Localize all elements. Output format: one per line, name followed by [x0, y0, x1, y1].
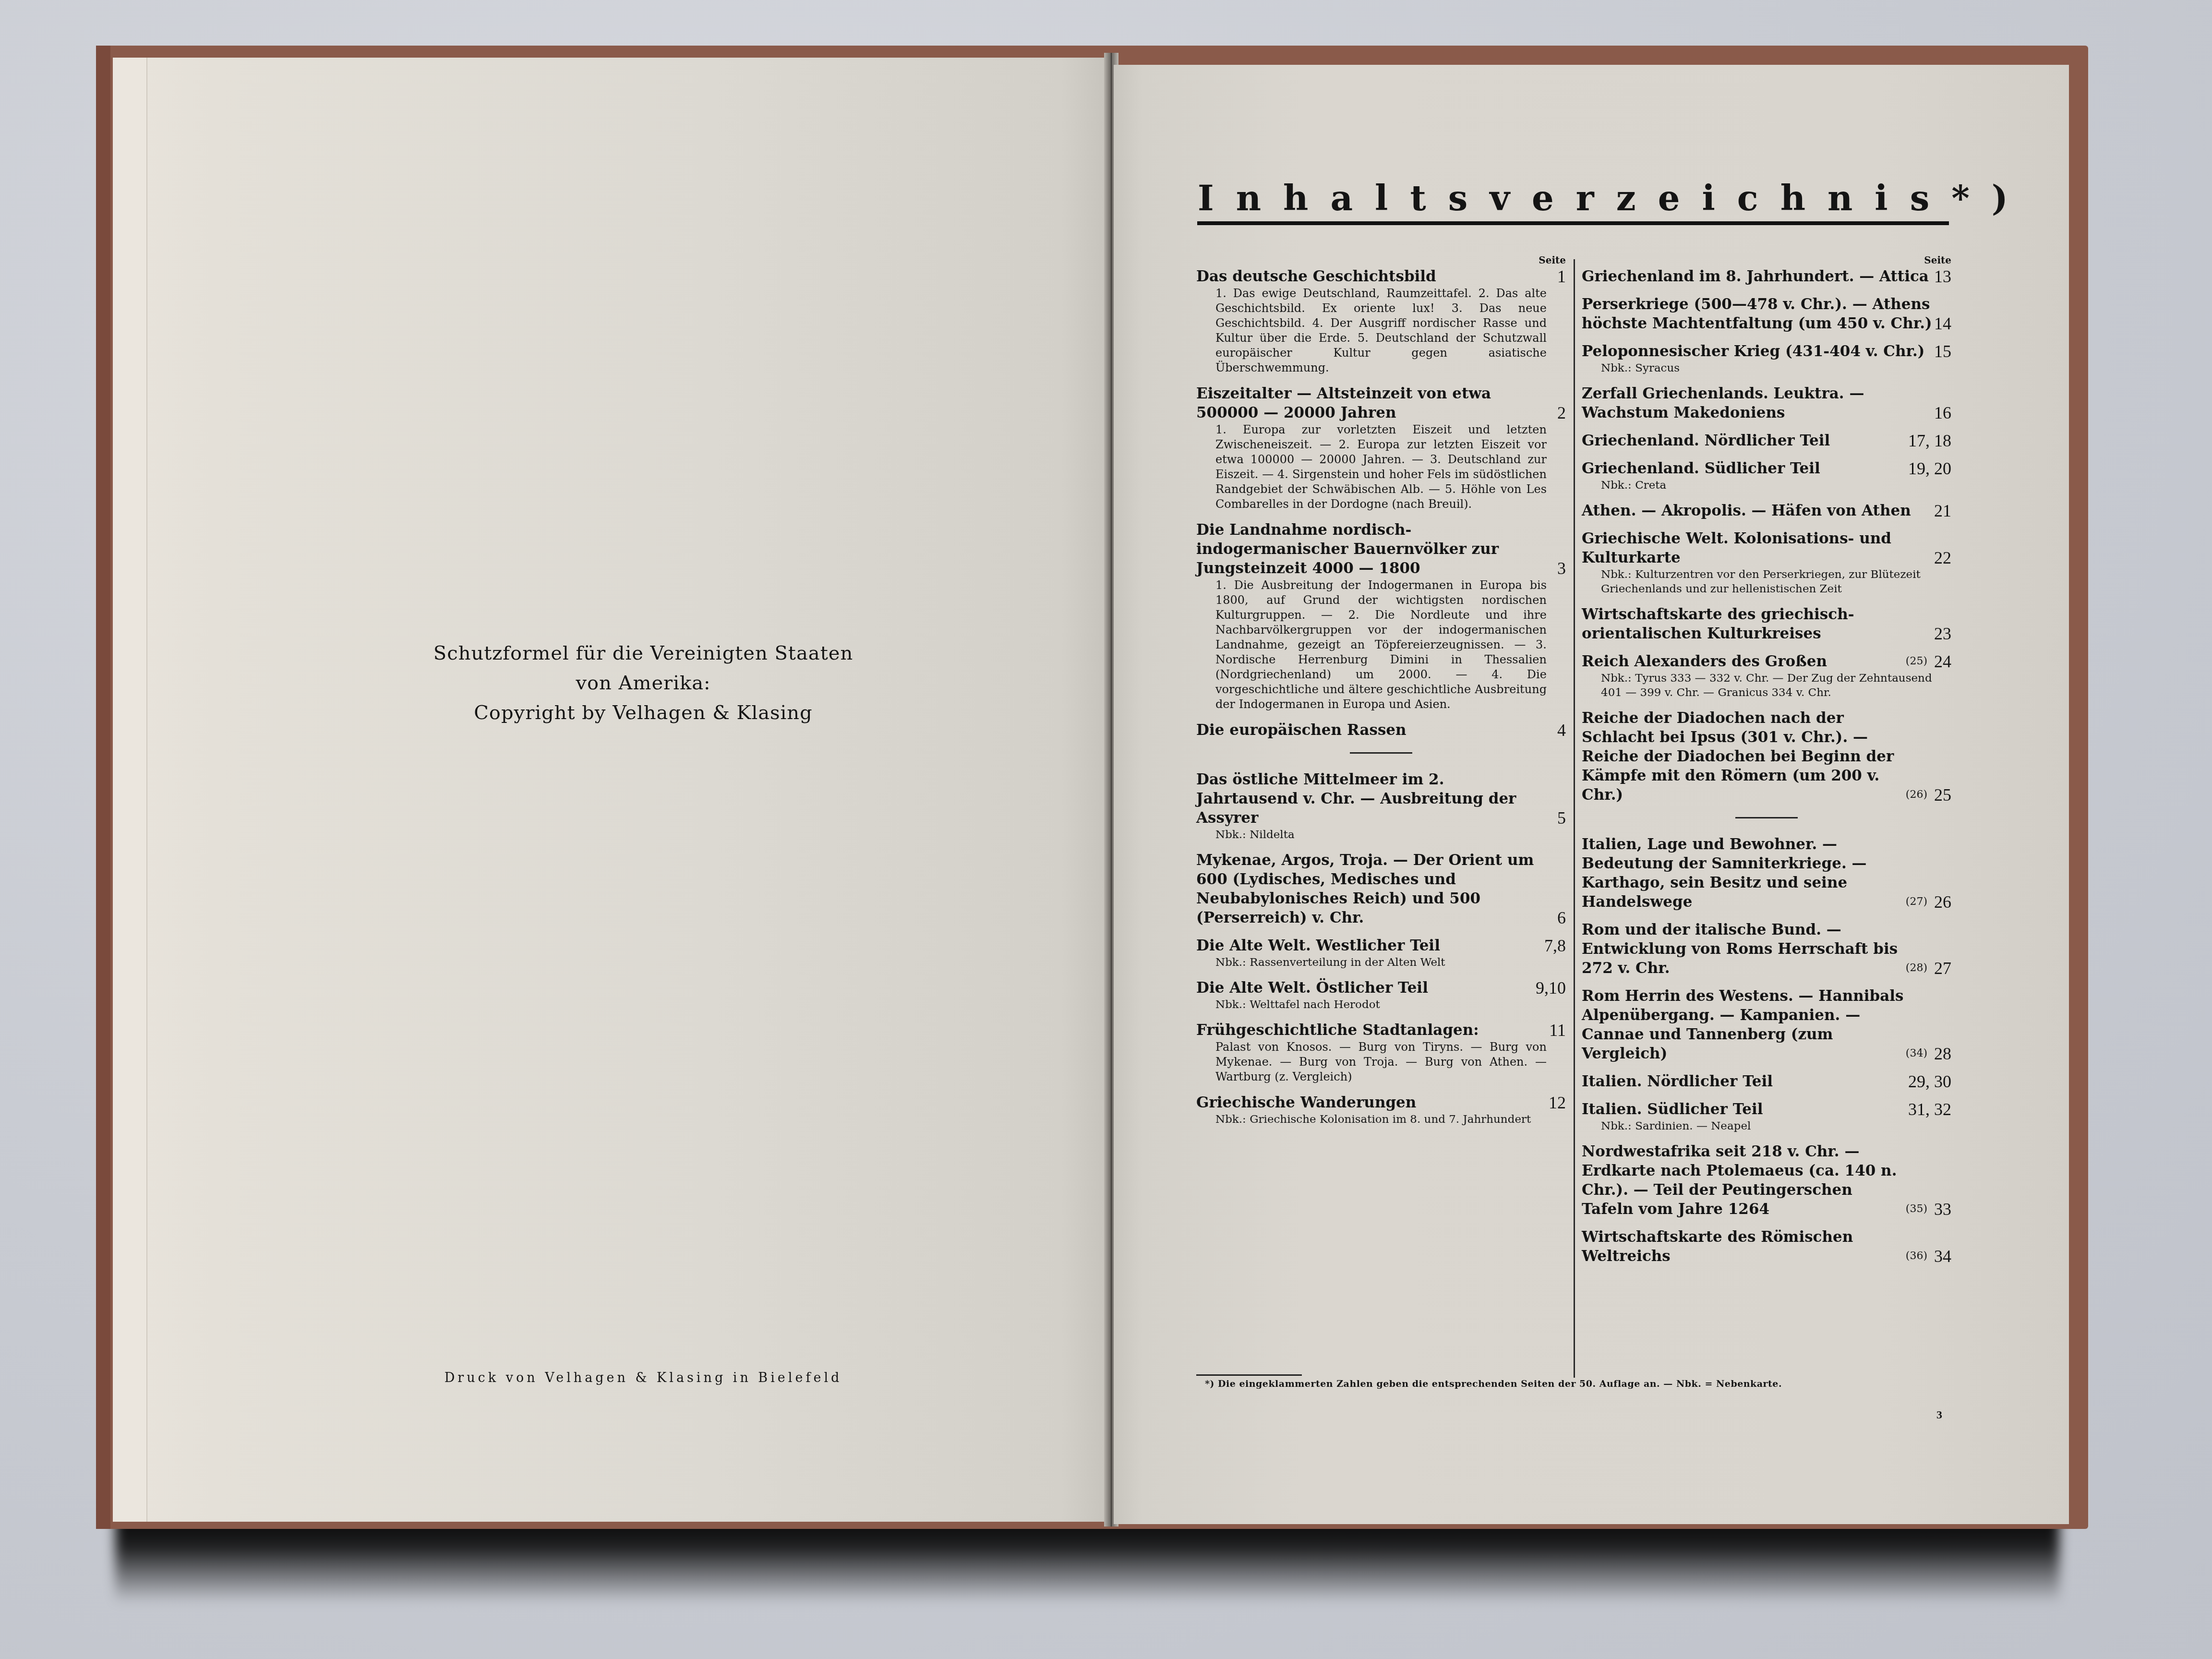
- toc-entry-title: Rom Herrin des Westens. — Hannibals Alpe…: [1582, 986, 1906, 1063]
- toc-entry-heading: Italien, Lage und Bewohner. — Bedeutung …: [1582, 835, 1951, 912]
- toc-entry-title: Italien. Nördlicher Teil: [1582, 1072, 1908, 1091]
- toc-entry: Griechenland. Südlicher Teil19, 20Nbk.: …: [1582, 459, 1951, 493]
- toc-entry-heading: Griechenland. Nördlicher Teil17, 18: [1582, 431, 1951, 450]
- flyleaf-strip: [113, 58, 147, 1522]
- toc-entry-inset-map: Nbk.: Creta: [1582, 478, 1951, 493]
- toc-entry-title: Frühgeschichtliche Stadtanlagen:: [1196, 1021, 1547, 1040]
- toc-entry: Eiszeitalter — Altsteinzeit von etwa 500…: [1196, 384, 1566, 512]
- toc-entry-heading: Athen. — Akropolis. — Häfen von Athen21: [1582, 501, 1951, 520]
- toc-entry: Das deutsche Geschichtsbild11. Das ewige…: [1196, 267, 1566, 375]
- cover-edge: [96, 46, 110, 1529]
- printer-imprint: Druck von Velhagen & Klasing in Bielefel…: [418, 1370, 869, 1385]
- toc-entry-inset-map: Nbk.: Sardinien. — Neapel: [1582, 1119, 1951, 1133]
- toc-entry-title: Die europäischen Rassen: [1196, 721, 1547, 740]
- toc-entry: Athen. — Akropolis. — Häfen von Athen21: [1582, 501, 1951, 520]
- toc-entry: Italien. Südlicher Teil31, 32Nbk.: Sardi…: [1582, 1100, 1951, 1133]
- toc-entry-page: 12: [1547, 1093, 1566, 1112]
- toc-column-right: Seite Griechenland im 8. Jahrhundert. — …: [1582, 254, 1951, 1274]
- toc-entry-page: 3: [1547, 559, 1566, 578]
- footnote-rule: [1196, 1374, 1302, 1376]
- toc-entry-subtopics: 1. Europa zur vorletzten Eiszeit und let…: [1196, 422, 1566, 512]
- column-divider: [1574, 259, 1575, 1378]
- toc-entry-title: Die Alte Welt. Östlicher Teil: [1196, 978, 1536, 998]
- toc-entry-heading: Italien. Südlicher Teil31, 32: [1582, 1100, 1951, 1119]
- toc-entry-inset-map: Nbk.: Kulturzentren vor den Perserkriege…: [1582, 567, 1951, 596]
- page-number: 3: [1936, 1409, 1942, 1422]
- section-separator: [1735, 817, 1798, 818]
- toc-entry-title: Eiszeitalter — Altsteinzeit von etwa 500…: [1196, 384, 1547, 422]
- toc-entry-old-page: (26): [1906, 785, 1927, 805]
- toc-entry-title: Griechische Welt. Kolonisations- und Kul…: [1582, 529, 1932, 567]
- toc-entry-heading: Eiszeitalter — Altsteinzeit von etwa 500…: [1196, 384, 1566, 422]
- toc-entry-heading: Peloponnesischer Krieg (431-404 v. Chr.)…: [1582, 342, 1951, 361]
- left-page: [113, 58, 1111, 1522]
- toc-entry: Die Alte Welt. Westlicher Teil7,8Nbk.: R…: [1196, 936, 1566, 970]
- toc-entry-heading: Wirtschaftskarte des Römischen Weltreich…: [1582, 1227, 1951, 1266]
- toc-entry-title: Nordwestafrika seit 218 v. Chr. — Erdkar…: [1582, 1142, 1906, 1219]
- toc-entry-old-page: (25): [1906, 652, 1927, 671]
- toc-entry-title: Perserkriege (500—478 v. Chr.). — Athens…: [1582, 295, 1932, 333]
- toc-entry-heading: Reiche der Diadochen nach der Schlacht b…: [1582, 709, 1951, 805]
- toc-entry-page: 9,10: [1536, 978, 1566, 998]
- toc-entry-page: 34: [1932, 1247, 1951, 1266]
- toc-entry: Reich Alexanders des Großen(25)24Nbk.: T…: [1582, 652, 1951, 700]
- toc-entry-title: Athen. — Akropolis. — Häfen von Athen: [1582, 501, 1932, 520]
- toc-entry-page: 23: [1932, 624, 1951, 643]
- toc-entry-page: 25: [1932, 785, 1951, 805]
- toc-entry-page: 21: [1932, 501, 1951, 520]
- toc-entry-page: 33: [1932, 1200, 1951, 1219]
- toc-entry-title: Das östliche Mittelmeer im 2. Jahrtausen…: [1196, 770, 1547, 828]
- toc-entry-page: 11: [1547, 1021, 1566, 1040]
- toc-entry: Italien. Nördlicher Teil29, 30: [1582, 1072, 1951, 1091]
- toc-entry: Wirtschaftskarte des Römischen Weltreich…: [1582, 1227, 1951, 1266]
- toc-entry-page: 13: [1932, 267, 1951, 286]
- toc-entry-heading: Zerfall Griechenlands. Leuktra. — Wachst…: [1582, 384, 1951, 422]
- toc-entry-heading: Rom Herrin des Westens. — Hannibals Alpe…: [1582, 986, 1951, 1063]
- toc-entry-page: 27: [1932, 959, 1951, 978]
- toc-entry: Peloponnesischer Krieg (431-404 v. Chr.)…: [1582, 342, 1951, 375]
- toc-entry-subtopics: 1. Die Ausbreitung der Indogermanen in E…: [1196, 578, 1566, 712]
- toc-entry-inset-map: Nbk.: Tyrus 333 — 332 v. Chr. — Der Zug …: [1582, 671, 1951, 700]
- toc-entry-page: 1: [1547, 267, 1566, 286]
- toc-entry-heading: Die europäischen Rassen4: [1196, 721, 1566, 740]
- toc-entry-page: 31, 32: [1908, 1100, 1951, 1119]
- toc-entry-subtopics: 1. Das ewige Deutschland, Raumzeittafel.…: [1196, 286, 1566, 375]
- toc-entry-heading: Reich Alexanders des Großen(25)24: [1582, 652, 1951, 671]
- toc-entry-title: Reich Alexanders des Großen: [1582, 652, 1906, 671]
- toc-entry-heading: Italien. Nördlicher Teil29, 30: [1582, 1072, 1951, 1091]
- toc-entry-heading: Griechische Welt. Kolonisations- und Kul…: [1582, 529, 1951, 567]
- toc-entry: Nordwestafrika seit 218 v. Chr. — Erdkar…: [1582, 1142, 1951, 1219]
- copyright-line-1: Schutzformel für die Vereinigten Staaten: [418, 638, 869, 668]
- toc-entry: Frühgeschichtliche Stadtanlagen:11Palast…: [1196, 1021, 1566, 1084]
- toc-entry-heading: Frühgeschichtliche Stadtanlagen:11: [1196, 1021, 1566, 1040]
- toc-entry-title: Die Landnahme nordisch-indogermanischer …: [1196, 520, 1547, 578]
- toc-entry-old-page: (27): [1906, 892, 1927, 912]
- copyright-line-2: von Amerika:: [418, 668, 869, 698]
- copyright-line-3: Copyright by Velhagen & Klasing: [418, 698, 869, 728]
- toc-entry-title: Italien, Lage und Bewohner. — Bedeutung …: [1582, 835, 1906, 912]
- seite-label: Seite: [1582, 254, 1951, 266]
- toc-entry-heading: Das deutsche Geschichtsbild1: [1196, 267, 1566, 286]
- toc-entry-title: Peloponnesischer Krieg (431-404 v. Chr.): [1582, 342, 1932, 361]
- toc-entry-inset-map: Nbk.: Rassenverteilung in der Alten Welt: [1196, 955, 1566, 970]
- toc-column-left: Seite Das deutsche Geschichtsbild11. Das…: [1196, 254, 1566, 1135]
- toc-entry-page: 5: [1547, 808, 1566, 828]
- toc-entry: Wirtschaftskarte des griechisch-oriental…: [1582, 605, 1951, 643]
- toc-entry-title: Die Alte Welt. Westlicher Teil: [1196, 936, 1544, 955]
- copyright-notice: Schutzformel für die Vereinigten Staaten…: [418, 638, 869, 728]
- toc-entry-title: Italien. Südlicher Teil: [1582, 1100, 1908, 1119]
- toc-entry-title: Griechenland im 8. Jahrhundert. — Attica: [1582, 267, 1932, 286]
- toc-entry-page: 16: [1932, 403, 1951, 422]
- toc-entry-page: 14: [1932, 314, 1951, 333]
- toc-entry-title: Griechenland. Nördlicher Teil: [1582, 431, 1908, 450]
- toc-entry-page: 24: [1932, 652, 1951, 671]
- toc-entry-title: Wirtschaftskarte des Römischen Weltreich…: [1582, 1227, 1906, 1266]
- toc-entry: Perserkriege (500—478 v. Chr.). — Athens…: [1582, 295, 1951, 333]
- toc-entry-old-page: (28): [1906, 959, 1927, 978]
- toc-entry: Die Landnahme nordisch-indogermanischer …: [1196, 520, 1566, 712]
- toc-entry: Griechenland. Nördlicher Teil17, 18: [1582, 431, 1951, 450]
- toc-entry-old-page: (35): [1906, 1200, 1927, 1219]
- toc-entry: Die europäischen Rassen4: [1196, 721, 1566, 740]
- toc-entry: Griechenland im 8. Jahrhundert. — Attica…: [1582, 267, 1951, 286]
- footnote: *) Die eingeklammerten Zahlen geben die …: [1205, 1379, 1925, 1389]
- toc-entry-page: 15: [1932, 342, 1951, 361]
- toc-entry-inset-map: Nbk.: Welttafel nach Herodot: [1196, 998, 1566, 1012]
- toc-entry-page: 26: [1932, 892, 1951, 912]
- toc-entry-heading: Wirtschaftskarte des griechisch-oriental…: [1582, 605, 1951, 643]
- toc-entry-page: 19, 20: [1908, 459, 1951, 478]
- toc-entry: Rom Herrin des Westens. — Hannibals Alpe…: [1582, 986, 1951, 1063]
- toc-entry-title: Das deutsche Geschichtsbild: [1196, 267, 1547, 286]
- toc-entry: Griechische Wanderungen12Nbk.: Griechisc…: [1196, 1093, 1566, 1127]
- toc-entry-page: 29, 30: [1908, 1072, 1951, 1091]
- toc-entry-page: 4: [1547, 721, 1566, 740]
- toc-entry: Die Alte Welt. Östlicher Teil9,10Nbk.: W…: [1196, 978, 1566, 1012]
- toc-entry: Zerfall Griechenlands. Leuktra. — Wachst…: [1582, 384, 1951, 422]
- toc-entry-page: 7,8: [1544, 936, 1566, 955]
- toc-entry-heading: Das östliche Mittelmeer im 2. Jahrtausen…: [1196, 770, 1566, 828]
- toc-entry-heading: Griechenland im 8. Jahrhundert. — Attica…: [1582, 267, 1951, 286]
- toc-entry: Reiche der Diadochen nach der Schlacht b…: [1582, 709, 1951, 805]
- title-rule: [1197, 221, 1949, 225]
- toc-entry-old-page: (36): [1906, 1247, 1927, 1266]
- toc-entry-heading: Griechische Wanderungen12: [1196, 1093, 1566, 1112]
- toc-entry: Mykenae, Argos, Troja. — Der Orient um 6…: [1196, 851, 1566, 927]
- toc-entry-heading: Griechenland. Südlicher Teil19, 20: [1582, 459, 1951, 478]
- toc-entry: Das östliche Mittelmeer im 2. Jahrtausen…: [1196, 770, 1566, 842]
- section-separator: [1350, 752, 1412, 754]
- toc-entry-old-page: (34): [1906, 1044, 1927, 1063]
- toc-entry-title: Mykenae, Argos, Troja. — Der Orient um 6…: [1196, 851, 1547, 927]
- toc-entry-title: Griechische Wanderungen: [1196, 1093, 1547, 1112]
- toc-entry-page: 28: [1932, 1044, 1951, 1063]
- toc-entry-inset-map: Nbk.: Griechische Kolonisation im 8. und…: [1196, 1112, 1566, 1127]
- toc-entry-heading: Perserkriege (500—478 v. Chr.). — Athens…: [1582, 295, 1951, 333]
- toc-entry-heading: Die Landnahme nordisch-indogermanischer …: [1196, 520, 1566, 578]
- toc-entry-title: Reiche der Diadochen nach der Schlacht b…: [1582, 709, 1906, 805]
- toc-entry-title: Rom und der italische Bund. — Entwicklun…: [1582, 920, 1906, 978]
- toc-entry-heading: Nordwestafrika seit 218 v. Chr. — Erdkar…: [1582, 1142, 1951, 1219]
- toc-entry-title: Wirtschaftskarte des griechisch-oriental…: [1582, 605, 1932, 643]
- toc-entry-heading: Rom und der italische Bund. — Entwicklun…: [1582, 920, 1951, 978]
- toc-entry-subtopics: Palast von Knosos. — Burg von Tiryns. — …: [1196, 1040, 1566, 1084]
- toc-entry-page: 22: [1932, 548, 1951, 567]
- toc-entry-heading: Mykenae, Argos, Troja. — Der Orient um 6…: [1196, 851, 1566, 927]
- toc-entry: Rom und der italische Bund. — Entwicklun…: [1582, 920, 1951, 978]
- toc-entry-inset-map: Nbk.: Nildelta: [1196, 828, 1566, 842]
- toc-entry-page: 2: [1547, 403, 1566, 422]
- toc-entry: Griechische Welt. Kolonisations- und Kul…: [1582, 529, 1951, 596]
- toc-entry-heading: Die Alte Welt. Östlicher Teil9,10: [1196, 978, 1566, 998]
- toc-entry-heading: Die Alte Welt. Westlicher Teil7,8: [1196, 936, 1566, 955]
- toc-entry: Italien, Lage und Bewohner. — Bedeutung …: [1582, 835, 1951, 912]
- toc-entry-inset-map: Nbk.: Syracus: [1582, 361, 1951, 375]
- page-title: Inhaltsverzeichnis*): [1198, 178, 1947, 218]
- toc-entry-page: 17, 18: [1908, 431, 1951, 450]
- seite-label: Seite: [1196, 254, 1566, 266]
- toc-entry-page: 6: [1547, 908, 1566, 927]
- toc-entry-title: Zerfall Griechenlands. Leuktra. — Wachst…: [1582, 384, 1932, 422]
- toc-entry-title: Griechenland. Südlicher Teil: [1582, 459, 1908, 478]
